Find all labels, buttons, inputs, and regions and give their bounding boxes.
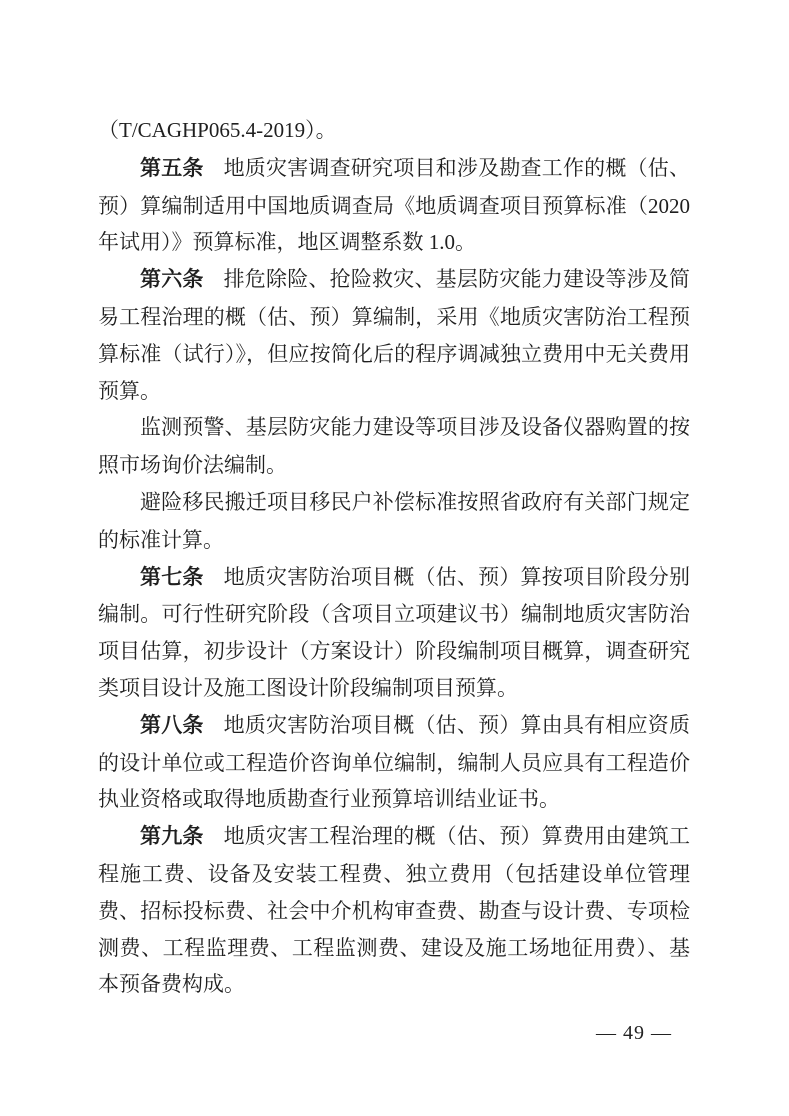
paragraph-article-6: 第六条排危除险、抢险救灾、基层防灾能力建设等涉及简易工程治理的概（估、预）算编制… [98,261,690,409]
paragraph-monitoring: 监测预警、基层防灾能力建设等项目涉及设备仪器购置的按照市场询价法编制。 [98,409,690,484]
article-number: 第六条 [140,268,204,291]
document-body: （T/CAGHP065.4-2019）。 第五条地质灾害调查研究项目和涉及勘查工… [98,112,690,1003]
page-number: — 49 — [596,1022,672,1045]
article-number: 第九条 [140,825,204,848]
paragraph-text: 地质灾害工程治理的概（估、预）算费用由建筑工程施工费、设备及安装工程费、独立费用… [98,824,690,996]
paragraph-article-7: 第七条地质灾害防治项目概（估、预）算按项目阶段分别编制。可行性研究阶段（含项目立… [98,559,690,707]
paragraph-continuation: （T/CAGHP065.4-2019）。 [98,112,690,150]
paragraph-article-8: 第八条地质灾害防治项目概（估、预）算由具有相应资质的设计单位或工程造价咨询单位编… [98,707,690,818]
paragraph-article-9: 第九条地质灾害工程治理的概（估、预）算费用由建筑工程施工费、设备及安装工程费、独… [98,818,690,1003]
paragraph-text: 监测预警、基层防灾能力建设等项目涉及设备仪器购置的按照市场询价法编制。 [98,415,690,477]
paragraph-relocation: 避险移民搬迁项目移民户补偿标准按照省政府有关部门规定的标准计算。 [98,484,690,559]
article-number: 第八条 [140,714,204,737]
article-number: 第五条 [140,157,204,180]
paragraph-article-5: 第五条地质灾害调查研究项目和涉及勘查工作的概（估、预）算编制适用中国地质调查局《… [98,150,690,261]
article-number: 第七条 [140,566,204,589]
paragraph-text: 避险移民搬迁项目移民户补偿标准按照省政府有关部门规定的标准计算。 [98,490,690,552]
document-page: （T/CAGHP065.4-2019）。 第五条地质灾害调查研究项目和涉及勘查工… [0,0,789,1116]
paragraph-text: （T/CAGHP065.4-2019）。 [98,118,337,142]
